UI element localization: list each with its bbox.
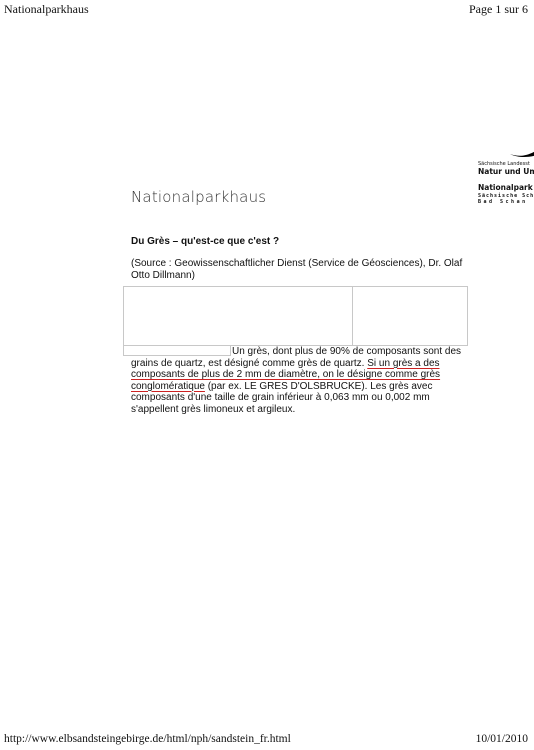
print-header-title: Nationalparkhaus <box>4 2 89 17</box>
swoosh-icon <box>510 148 534 158</box>
print-footer-url: http://www.elbsandsteingebirge.de/html/n… <box>4 733 291 745</box>
logo-line-5: Bad Schan <box>478 199 528 205</box>
logo-line-3: Nationalpark <box>478 183 533 192</box>
print-footer-date: 10/01/2010 <box>476 733 528 745</box>
article-body: Un grès, dont plus de 90% de composants … <box>131 346 476 415</box>
table-divider <box>352 287 353 345</box>
saxony-nature-logo: Sächsische Landesst Natur und Um Nationa… <box>478 148 534 208</box>
article-source: (Source : Geowissenschaftlicher Dienst (… <box>131 258 471 281</box>
site-brand: Nationalparkhaus <box>131 188 266 206</box>
print-header-page: Page 1 sur 6 <box>469 2 528 17</box>
logo-line-2: Natur und Um <box>478 167 534 176</box>
image-placeholder-table <box>123 286 468 346</box>
article-title: Du Grès – qu'est-ce que c'est ? <box>131 236 279 247</box>
